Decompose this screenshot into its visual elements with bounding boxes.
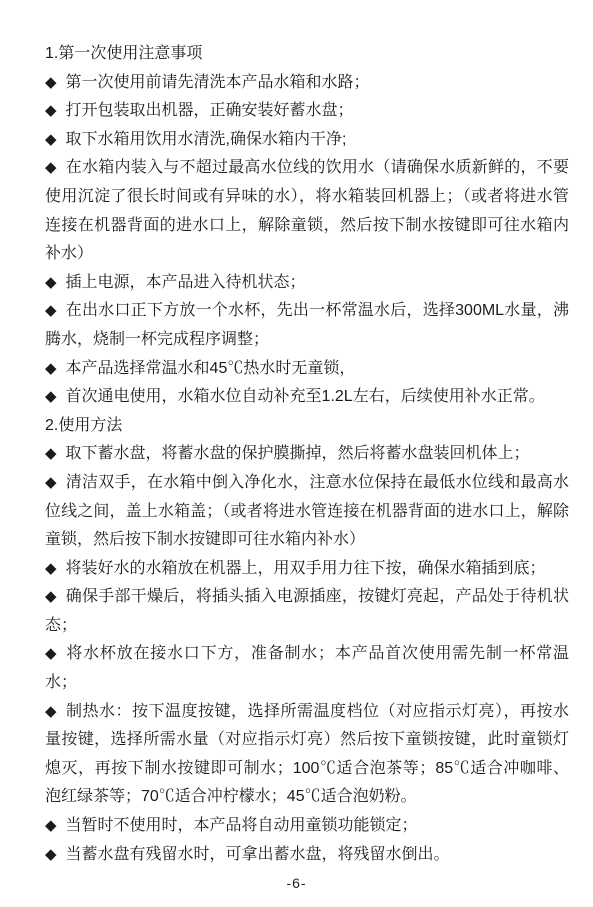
diamond-bullet-icon: ◆	[45, 560, 57, 577]
diamond-bullet-icon: ◆	[45, 817, 57, 834]
list-item-text: 将装好水的水箱放在机器上，用双手用力往下按，确保水箱插到底；	[66, 560, 546, 577]
list-item-text: 插上电源，本产品进入待机状态；	[66, 274, 306, 291]
list-item-text: 在水箱内装入与不超过最高水位线的饮用水（请确保水质新鲜的，不要使用沉淀了很长时间…	[45, 159, 569, 262]
diamond-bullet-icon: ◆	[45, 102, 57, 119]
list-item: ◆将水杯放在接水口下方，准备制水；本产品首次使用需先制一杯常温水；	[45, 640, 569, 697]
diamond-bullet-icon: ◆	[45, 846, 57, 863]
diamond-bullet-icon: ◆	[45, 703, 57, 720]
list-item-text: 当蓄水盘有残留水时，可拿出蓄水盘，将残留水倒出。	[66, 846, 450, 863]
list-item: ◆第一次使用前请先清洗本产品水箱和水路；	[45, 69, 569, 98]
list-item: ◆首次通电使用，水箱水位自动补充至1.2L左右，后续使用补水正常。	[45, 383, 569, 412]
list-item: ◆在水箱内装入与不超过最高水位线的饮用水（请确保水质新鲜的，不要使用沉淀了很长时…	[45, 154, 569, 268]
list-item: ◆在出水口正下方放一个水杯，先出一杯常温水后，选择300ML水量，沸腾水，烧制一…	[45, 297, 569, 354]
diamond-bullet-icon: ◆	[45, 159, 57, 176]
list-item: ◆打开包装取出机器，正确安装好蓄水盘；	[45, 97, 569, 126]
list-item: ◆当蓄水盘有残留水时，可拿出蓄水盘，将残留水倒出。	[45, 841, 569, 870]
list-item: ◆确保手部干燥后，将插头插入电源插座，按键灯亮起，产品处于待机状态；	[45, 583, 569, 640]
list-item-text: 在出水口正下方放一个水杯，先出一杯常温水后，选择300ML水量，沸腾水，烧制一杯…	[45, 302, 569, 348]
list-item-text: 清洁双手，在水箱中倒入净化水，注意水位保持在最低水位线和最高水位线之间，盖上水箱…	[45, 474, 569, 548]
list-item: ◆将装好水的水箱放在机器上，用双手用力往下按，确保水箱插到底；	[45, 555, 569, 584]
page-footer: -6-	[0, 869, 593, 898]
list-item: ◆清洁双手，在水箱中倒入净化水，注意水位保持在最低水位线和最高水位线之间，盖上水…	[45, 469, 569, 555]
list-item-text: 取下蓄水盘，将蓄水盘的保护膜撕掉，然后将蓄水盘装回机体上；	[66, 445, 530, 462]
diamond-bullet-icon: ◆	[45, 588, 57, 605]
list-item-text: 打开包装取出机器，正确安装好蓄水盘；	[66, 102, 354, 119]
list-item-text: 第一次使用前请先清洗本产品水箱和水路；	[66, 74, 370, 91]
section-usage-instructions: 2.使用方法 ◆取下蓄水盘，将蓄水盘的保护膜撕掉，然后将蓄水盘装回机体上； ◆清…	[45, 412, 569, 870]
diamond-bullet-icon: ◆	[45, 388, 57, 405]
list-item-text: 确保手部干燥后，将插头插入电源插座，按键灯亮起，产品处于待机状态；	[45, 588, 569, 634]
list-item: ◆取下水箱用饮用水清洗,确保水箱内干净;	[45, 126, 569, 155]
diamond-bullet-icon: ◆	[45, 645, 57, 662]
list-item-text: 本产品选择常温水和45℃热水时无童锁，	[66, 360, 356, 377]
diamond-bullet-icon: ◆	[45, 302, 57, 319]
diamond-bullet-icon: ◆	[45, 131, 57, 148]
list-item: ◆制热水：按下温度按键，选择所需温度档位（对应指示灯亮），再按水量按键，选择所需…	[45, 698, 569, 812]
list-item: ◆当暂时不使用时，本产品将自动用童锁功能锁定；	[45, 812, 569, 841]
list-item: ◆取下蓄水盘，将蓄水盘的保护膜撕掉，然后将蓄水盘装回机体上；	[45, 440, 569, 469]
diamond-bullet-icon: ◆	[45, 474, 57, 491]
list-item: ◆本产品选择常温水和45℃热水时无童锁，	[45, 355, 569, 384]
diamond-bullet-icon: ◆	[45, 360, 57, 377]
list-item-text: 首次通电使用，水箱水位自动补充至1.2L左右，后续使用补水正常。	[66, 388, 545, 405]
list-item-text: 当暂时不使用时，本产品将自动用童锁功能锁定；	[66, 817, 418, 834]
section-2-heading: 2.使用方法	[45, 412, 569, 441]
diamond-bullet-icon: ◆	[45, 445, 57, 462]
page-number: -6-	[286, 875, 306, 891]
diamond-bullet-icon: ◆	[45, 274, 57, 291]
section-1-heading: 1.第一次使用注意事项	[45, 40, 569, 69]
diamond-bullet-icon: ◆	[45, 74, 57, 91]
manual-page: 1.第一次使用注意事项 ◆第一次使用前请先清洗本产品水箱和水路； ◆打开包装取出…	[0, 0, 593, 869]
list-item: ◆插上电源，本产品进入待机状态；	[45, 269, 569, 298]
list-item-text: 取下水箱用饮用水清洗,确保水箱内干净;	[66, 131, 347, 148]
section-first-use-notes: 1.第一次使用注意事项 ◆第一次使用前请先清洗本产品水箱和水路； ◆打开包装取出…	[45, 40, 569, 412]
list-item-text: 将水杯放在接水口下方，准备制水；本产品首次使用需先制一杯常温水；	[45, 645, 569, 691]
list-item-text: 制热水：按下温度按键，选择所需温度档位（对应指示灯亮），再按水量按键，选择所需水…	[45, 703, 569, 806]
